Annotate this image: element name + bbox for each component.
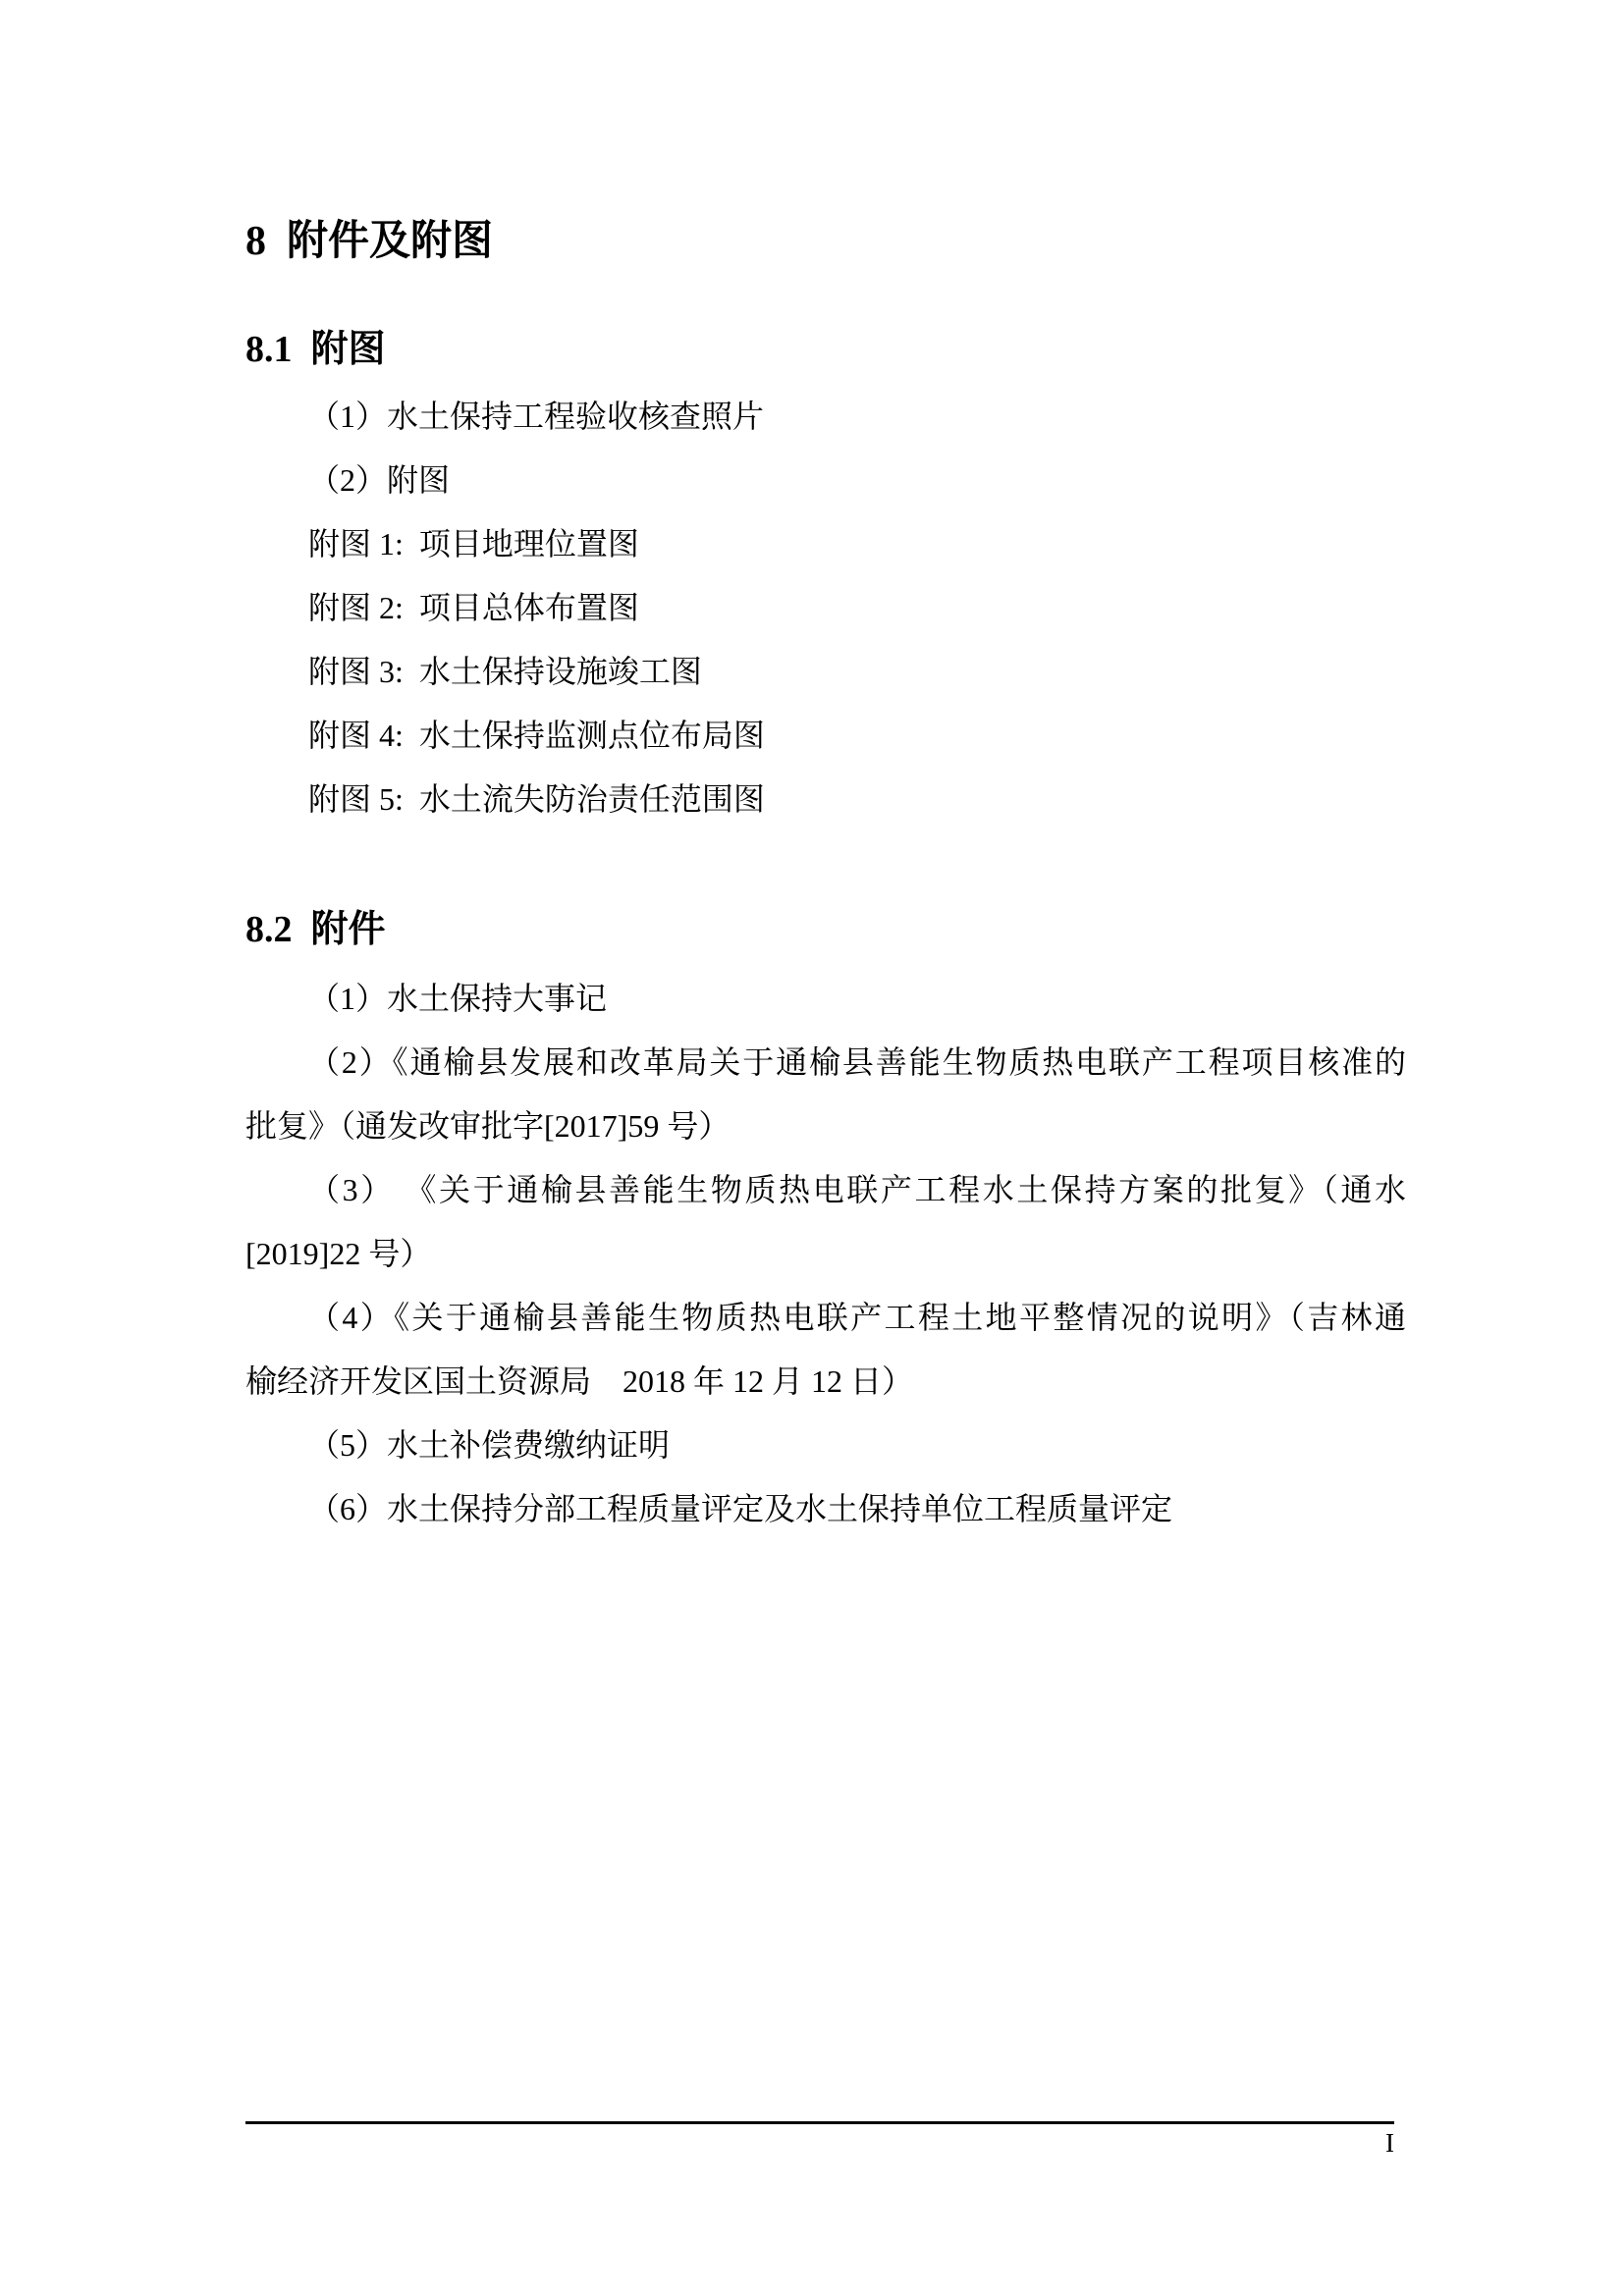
figure-list-item: 附图 5: 水土流失防治责任范围图 [245,768,1406,831]
page-number: I [1296,2126,1394,2160]
attachment-list-item: （6）水土保持分部工程质量评定及水土保持单位工程质量评定 [245,1477,1406,1541]
attachment-list-item-continuation: 榆经济开发区国土资源局 2018 年 12 月 12 日） [245,1350,1406,1414]
figure-list-item: 附图 4: 水土保持监测点位布局图 [245,704,1406,768]
figure-list-item: 附图 1: 项目地理位置图 [245,512,1406,576]
figure-list-item: 附图 2: 项目总体布置图 [245,576,1406,640]
attachment-list-item: （5）水土补偿费缴纳证明 [245,1414,1406,1477]
page-content: 8 附件及附图 8.1 附图 （1）水土保持工程验收核查照片 （2）附图 附图 … [245,218,1406,1541]
footer-divider [245,2121,1394,2124]
chapter-heading: 8 附件及附图 [245,218,1406,265]
figure-list-item: （2）附图 [245,449,1406,512]
attachment-list-item: （2）《通榆县发展和改革局关于通榆县善能生物质热电联产工程项目核准的 [245,1031,1406,1095]
figure-list-item: （1）水土保持工程验收核查照片 [245,385,1406,449]
attachment-list-item: （1）水土保持大事记 [245,967,1406,1031]
attachment-list-item-continuation: [2019]22 号） [245,1222,1406,1286]
figure-list-item: 附图 3: 水土保持设施竣工图 [245,640,1406,704]
section-8-1-list: （1）水土保持工程验收核查照片 （2）附图 附图 1: 项目地理位置图 附图 2… [245,385,1406,831]
document-page: { "colors": { "background": "#ffffff", "… [0,0,1624,2296]
attachment-list-item: （3） 《关于通榆县善能生物质热电联产工程水土保持方案的批复》（通水 [245,1158,1406,1222]
section-8-1-heading: 8.1 附图 [245,328,1406,371]
section-8-2-heading: 8.2 附件 [245,908,1406,951]
attachment-list-item: （4）《关于通榆县善能生物质热电联产工程土地平整情况的说明》（吉林通 [245,1286,1406,1350]
section-8-2-list: （1）水土保持大事记 （2）《通榆县发展和改革局关于通榆县善能生物质热电联产工程… [245,967,1406,1541]
attachment-list-item-continuation: 批复》（通发改审批字[2017]59 号） [245,1095,1406,1158]
